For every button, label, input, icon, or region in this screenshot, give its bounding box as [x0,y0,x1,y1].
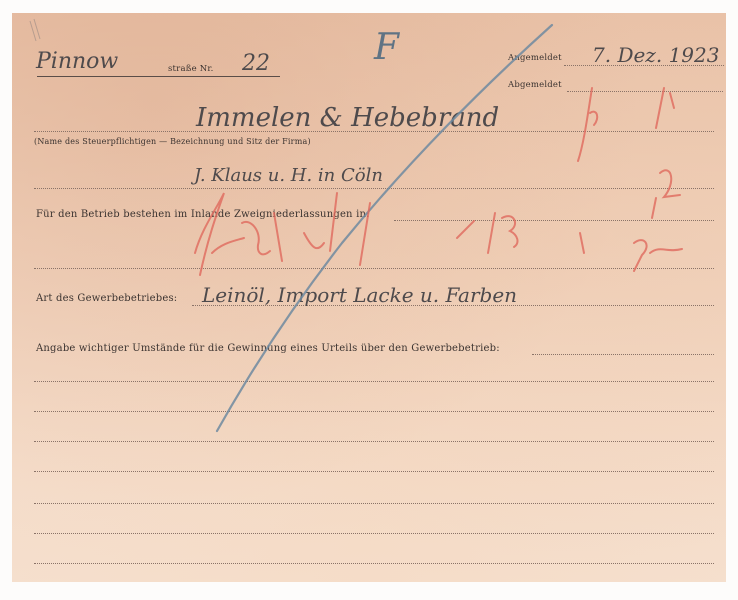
circumstances-line-4 [34,471,714,472]
house-number-handwritten: 22 [242,51,270,76]
index-card: Pinnow straße Nr. 22 F Angemeldet 7. Dez… [12,13,726,582]
registered-date: 7. Dez. 1923 [592,43,719,67]
deregistered-field-line [567,91,723,92]
branches-line-1 [394,220,714,221]
branches-line-2 [34,268,714,269]
circumstances-line-3 [34,441,714,442]
registered-label: Angemeldet [508,53,562,63]
stamp-mark-f: F [374,27,399,68]
street-name-handwritten: Pinnow [36,49,118,74]
business-type-value: Leinöl, Import Lacke u. Farben [202,283,517,307]
circumstances-line-2 [34,411,714,412]
circumstances-label: Angabe wichtiger Umstände für die Gewinn… [36,343,500,354]
taxpayer-name-line-1: Immelen & Hebebrand [196,103,499,133]
deregistered-label: Abgemeldet [508,80,562,90]
circumstances-line-0 [532,354,714,355]
circumstances-line-6 [34,533,714,534]
circumstances-line-5 [34,503,714,504]
circumstances-line-1 [34,381,714,382]
taxpayer-caption: (Name des Steuerpflichtigen — Bezeichnun… [34,137,311,146]
business-type-label: Art des Gewerbebetriebes: [36,293,177,304]
taxpayer-name-line-2: J. Klaus u. H. in Cöln [194,165,383,186]
street-underline [37,76,280,77]
branches-label: Für den Betrieb bestehen im Inlande Zwei… [36,209,370,220]
street-label: straße Nr. [168,64,214,74]
business-type-line [192,305,714,306]
circumstances-line-7 [34,563,714,564]
blue-pencil-strike [217,25,552,431]
taxpayer-line-2 [34,188,714,189]
taxpayer-line-1 [34,131,714,132]
